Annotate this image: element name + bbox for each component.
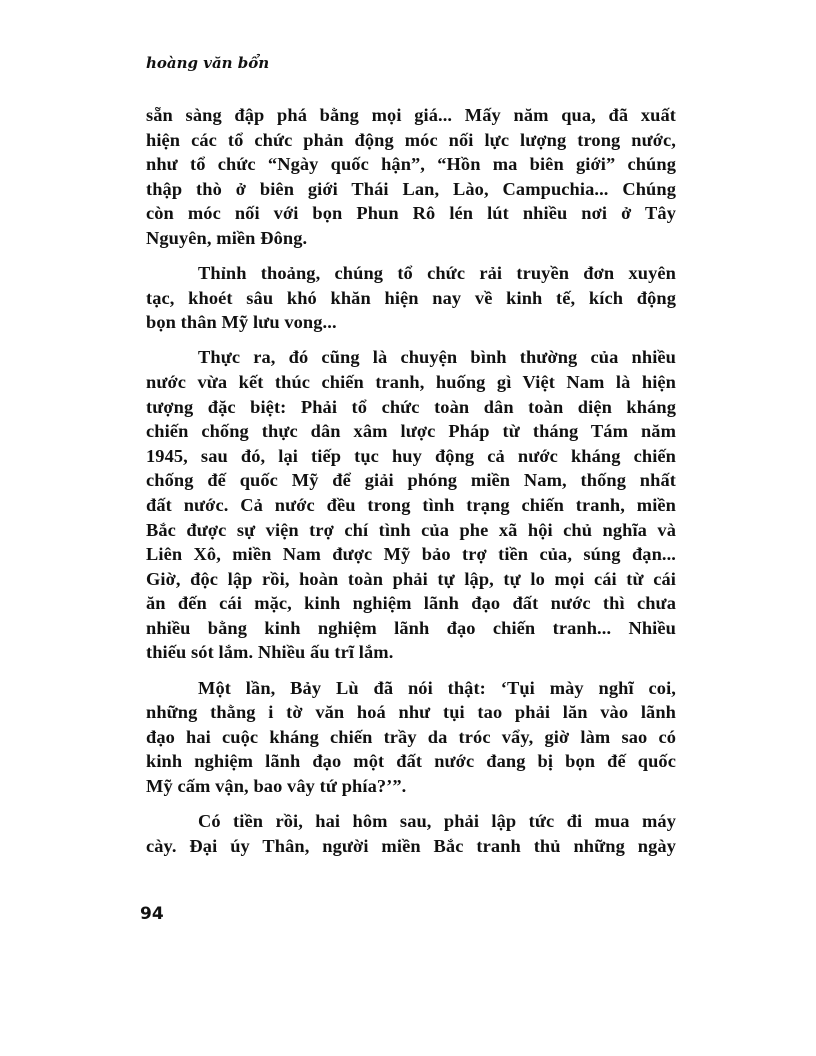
text-line: tạc, khoét sâu khó khăn hiện nay về kinh…	[146, 286, 676, 311]
text-line: Giờ, độc lập rồi, hoàn toàn phải tự lập,…	[146, 567, 676, 592]
text-line: Mỹ cấm vận, bao vây tứ phía?’”.	[146, 774, 676, 799]
text-line: bọn thân Mỹ lưu vong...	[146, 310, 676, 335]
text-line: 1945, sau đó, lại tiếp tục huy động cả n…	[146, 444, 676, 469]
text-line: như tổ chức “Ngày quốc hận”, “Hồn ma biê…	[146, 152, 676, 177]
text-line: đạo hai cuộc kháng chiến trầy da tróc vẩ…	[146, 725, 676, 750]
paragraph-1: sẵn sàng đập phá bằng mọi giá... Mấy năm…	[146, 103, 676, 251]
text-line: tượng đặc biệt: Phải tổ chức toàn dân to…	[146, 395, 676, 420]
text-line: sẵn sàng đập phá bằng mọi giá... Mấy năm…	[146, 103, 676, 128]
text-line: hiện các tổ chức phản động móc nối lực l…	[146, 128, 676, 153]
text-line: nhiều bằng kinh nghiệm lãnh đạo chiến tr…	[146, 616, 676, 641]
text-line: chống đế quốc Mỹ để giải phóng miền Nam,…	[146, 468, 676, 493]
paragraph-5: Có tiền rồi, hai hôm sau, phải lập tức đ…	[146, 809, 676, 858]
paragraph-4: Một lần, Bảy Lù đã nói thật: ‘Tụi mày ng…	[146, 676, 676, 799]
text-line: Thỉnh thoảng, chúng tổ chức rải truyền đ…	[146, 261, 676, 286]
text-line: ăn đến cái mặc, kinh nghiệm lãnh đạo đất…	[146, 591, 676, 616]
text-line: thập thò ở biên giới Thái Lan, Lào, Camp…	[146, 177, 676, 202]
text-line: kinh nghiệm lãnh đạo một đất nước đang b…	[146, 749, 676, 774]
text-line: Một lần, Bảy Lù đã nói thật: ‘Tụi mày ng…	[146, 676, 676, 701]
text-line: chiến chống thực dân xâm lược Pháp từ th…	[146, 419, 676, 444]
book-page: hoàng văn bổn sẵn sàng đập phá bằng mọi …	[0, 0, 816, 1056]
text-line: đất nước. Cả nước đều trong tình trạng c…	[146, 493, 676, 518]
text-line: những thằng i tờ văn hoá như tụi tao phả…	[146, 700, 676, 725]
text-line: thiếu sót lắm. Nhiều ấu trĩ lắm.	[146, 640, 676, 665]
text-line: cày. Đại úy Thân, người miền Bắc tranh t…	[146, 834, 676, 859]
text-line: Thực ra, đó cũng là chuyện bình thường c…	[146, 345, 676, 370]
paragraph-2: Thỉnh thoảng, chúng tổ chức rải truyền đ…	[146, 261, 676, 335]
text-line: Bắc được sự viện trợ chí tình của phe xã…	[146, 518, 676, 543]
text-line: Nguyên, miền Đông.	[146, 226, 676, 251]
paragraph-3: Thực ra, đó cũng là chuyện bình thường c…	[146, 345, 676, 665]
page-number: 94	[140, 904, 164, 924]
text-line: Có tiền rồi, hai hôm sau, phải lập tức đ…	[146, 809, 676, 834]
text-line: còn móc nối với bọn Phun Rô lén lút nhiề…	[146, 201, 676, 226]
body-text: sẵn sàng đập phá bằng mọi giá... Mấy năm…	[146, 103, 676, 869]
text-line: nước vừa kết thúc chiến tranh, huống gì …	[146, 370, 676, 395]
text-line: Liên Xô, miền Nam được Mỹ bảo trợ tiền c…	[146, 542, 676, 567]
running-head-author: hoàng văn bổn	[146, 54, 269, 72]
